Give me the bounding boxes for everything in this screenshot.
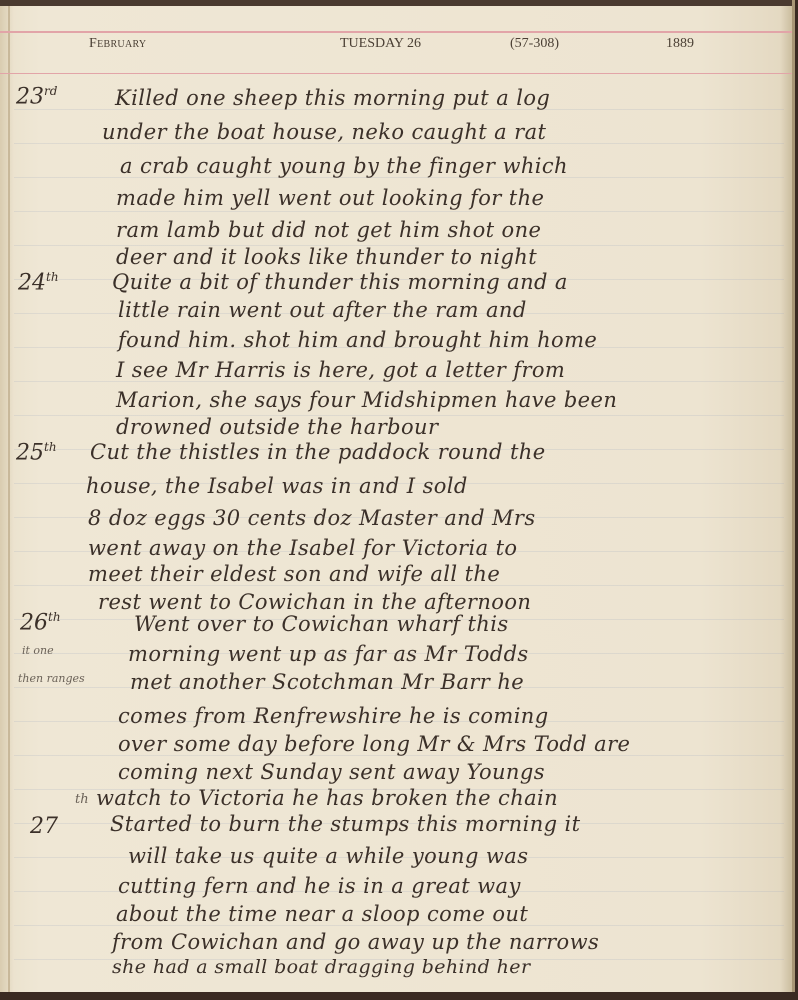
entry-line: cutting fern and he is in a great way (118, 874, 521, 898)
entry-line: Killed one sheep this morning put a log (115, 86, 550, 110)
header-rule-bottom (0, 73, 792, 74)
entry-line: met another Scotchman Mr Barr he (130, 670, 524, 694)
entry-line: comes from Renfrewshire he is coming (118, 704, 549, 728)
entry-line: ram lamb but did not get him shot one (116, 218, 541, 242)
entry-line: Quite a bit of thunder this morning and … (112, 270, 568, 294)
entry-line: will take us quite a while young was (128, 844, 528, 868)
entry-line: made him yell went out looking for the (116, 186, 544, 210)
entry-line: Marion, she says four Midshipmen have be… (116, 388, 617, 412)
entry-line: Started to burn the stumps this morning … (110, 812, 581, 836)
entry-line: little rain went out after the ram and (118, 298, 527, 322)
entry-line: morning went up as far as Mr Todds (128, 642, 529, 666)
page-top-edge (0, 0, 792, 6)
entry-line: deer and it looks like thunder to night (116, 245, 537, 269)
entry-line: from Cowichan and go away up the narrows (112, 930, 599, 954)
entry-date-25: 25th (16, 440, 57, 465)
entry-line: meet their eldest son and wife all the (88, 562, 500, 586)
entry-line: I see Mr Harris is here, got a letter fr… (116, 358, 565, 382)
entry-line: over some day before long Mr & Mrs Todd … (118, 732, 630, 756)
header-month: February (89, 36, 146, 52)
entry-line: drowned outside the harbour (116, 415, 438, 439)
header-day: TUESDAY 26 (340, 36, 421, 52)
header-rule-top (0, 31, 792, 33)
entry-line: house, the Isabel was in and I sold (86, 474, 468, 498)
entry-line: Went over to Cowichan wharf this (134, 612, 509, 636)
entry-line: went away on the Isabel for Victoria to (88, 536, 517, 560)
entry-date-27: 27 (30, 814, 58, 839)
margin-note: th (75, 792, 89, 807)
entry-line: found him. shot him and brought him home (118, 328, 597, 352)
entry-line: a crab caught young by the finger which (120, 154, 568, 178)
entry-line: watch to Victoria he has broken the chai… (96, 786, 558, 810)
entry-line: under the boat house, neko caught a rat (102, 120, 546, 144)
margin-note: it one (22, 644, 54, 657)
diary-page: February TUESDAY 26 (57-308) 1889 23rd K… (0, 0, 795, 992)
entry-line: Cut the thistles in the paddock round th… (90, 440, 546, 464)
entry-date-23: 23rd (16, 84, 57, 109)
entry-line: 8 doz eggs 30 cents doz Master and Mrs (88, 506, 536, 530)
entry-line: rest went to Cowichan in the afternoon (98, 590, 531, 614)
entry-line: about the time near a sloop come out (116, 902, 528, 926)
header-ordinal: (57-308) (510, 36, 559, 52)
entry-date-26: 26th (20, 610, 61, 635)
entry-date-24: 24th (18, 270, 59, 295)
page-header: February TUESDAY 26 (57-308) 1889 (0, 36, 792, 56)
header-year: 1889 (666, 36, 694, 52)
entry-line: coming next Sunday sent away Youngs (118, 760, 545, 784)
margin-note: then ranges (18, 672, 85, 685)
entry-line: she had a small boat dragging behind her (112, 956, 530, 978)
